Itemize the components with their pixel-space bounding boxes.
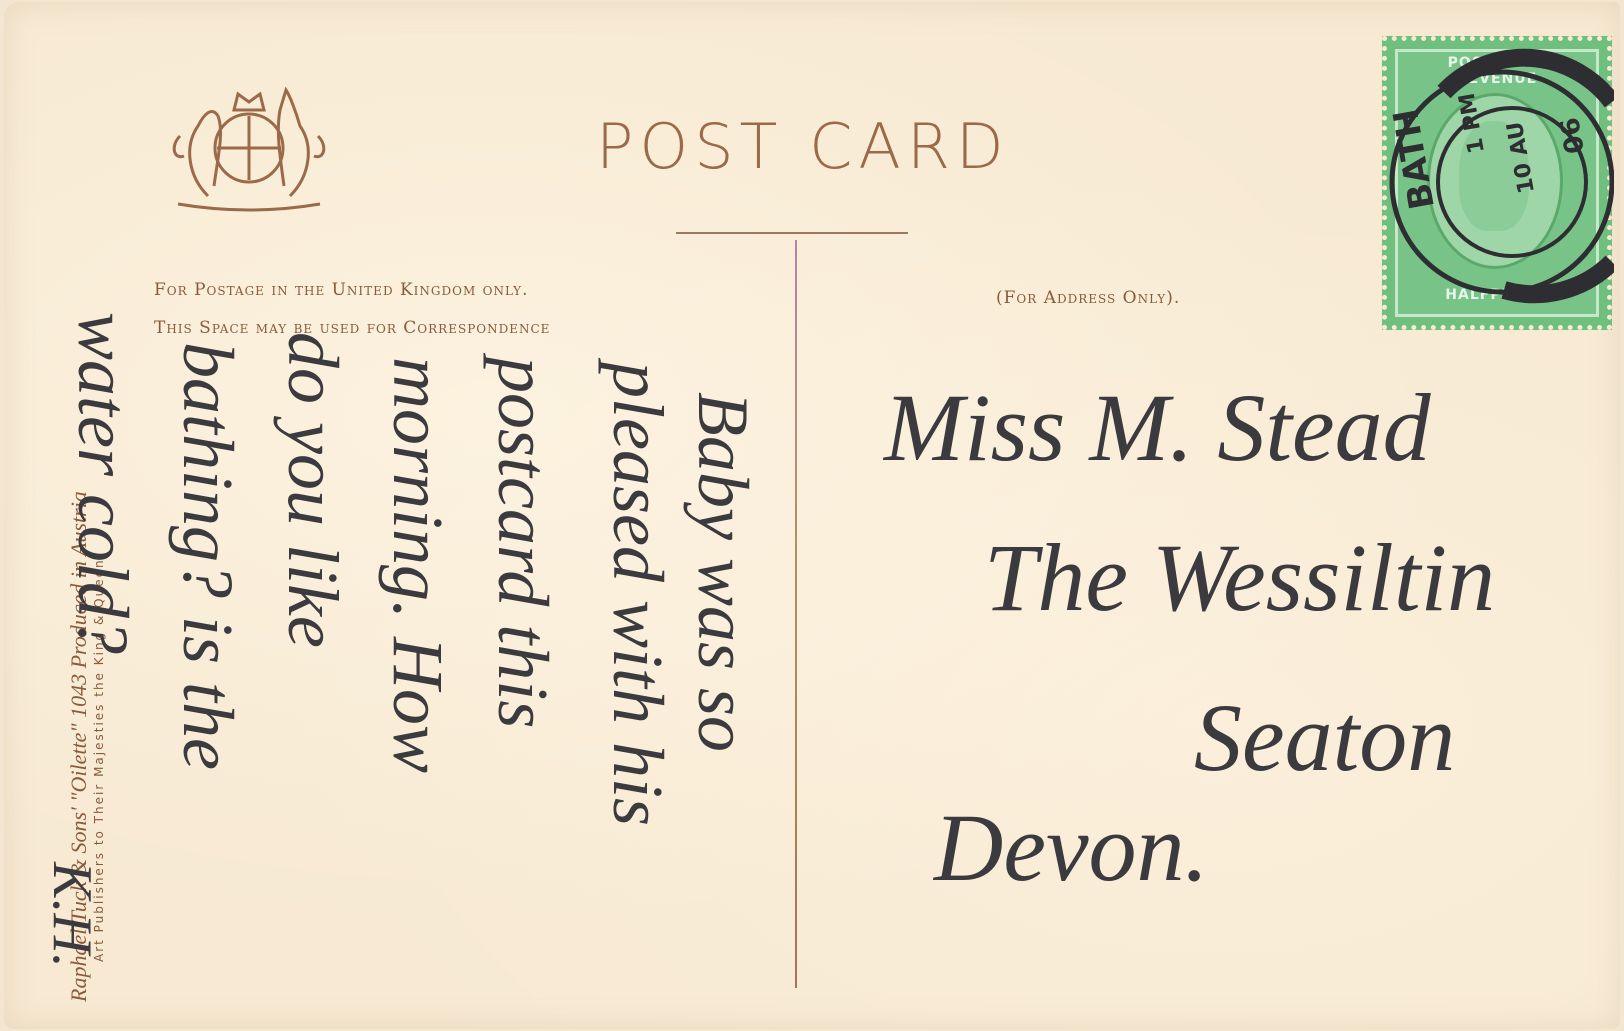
message-column: pleased with his (596, 362, 679, 826)
message-column: do you like (271, 332, 354, 648)
message-signature: K.H. (40, 862, 104, 968)
post-card-heading: POST CARD (596, 110, 1010, 183)
message-column: bathing? is the (166, 342, 249, 770)
postcard-back: POST CARD For Postage in the United King… (4, 2, 1620, 1029)
postmark-time: 1 PM (1455, 91, 1490, 155)
royal-coat-of-arms-icon (168, 76, 330, 216)
message-column: postcard this (481, 357, 564, 728)
bath-postmark: BATH 1 PM 10 AU 06 (1384, 32, 1614, 332)
address-line-2: The Wessiltin (984, 522, 1495, 633)
message-column: water cold? (61, 312, 144, 654)
postmark-date: 10 AU (1503, 120, 1540, 196)
address-line-1: Miss M. Stead (884, 372, 1431, 483)
heading-underline (676, 232, 908, 234)
message-column: morning. How (376, 357, 459, 773)
postage-notice: For Postage in the United Kingdom only. (154, 280, 529, 300)
address-notice: (For Address Only). (996, 288, 1180, 308)
address-line-4: Devon. (934, 792, 1209, 903)
center-divider (795, 240, 797, 988)
postmark-year: 06 (1555, 115, 1591, 156)
address-line-3: Seaton (1194, 682, 1455, 793)
message-column: Baby was so (681, 392, 764, 752)
